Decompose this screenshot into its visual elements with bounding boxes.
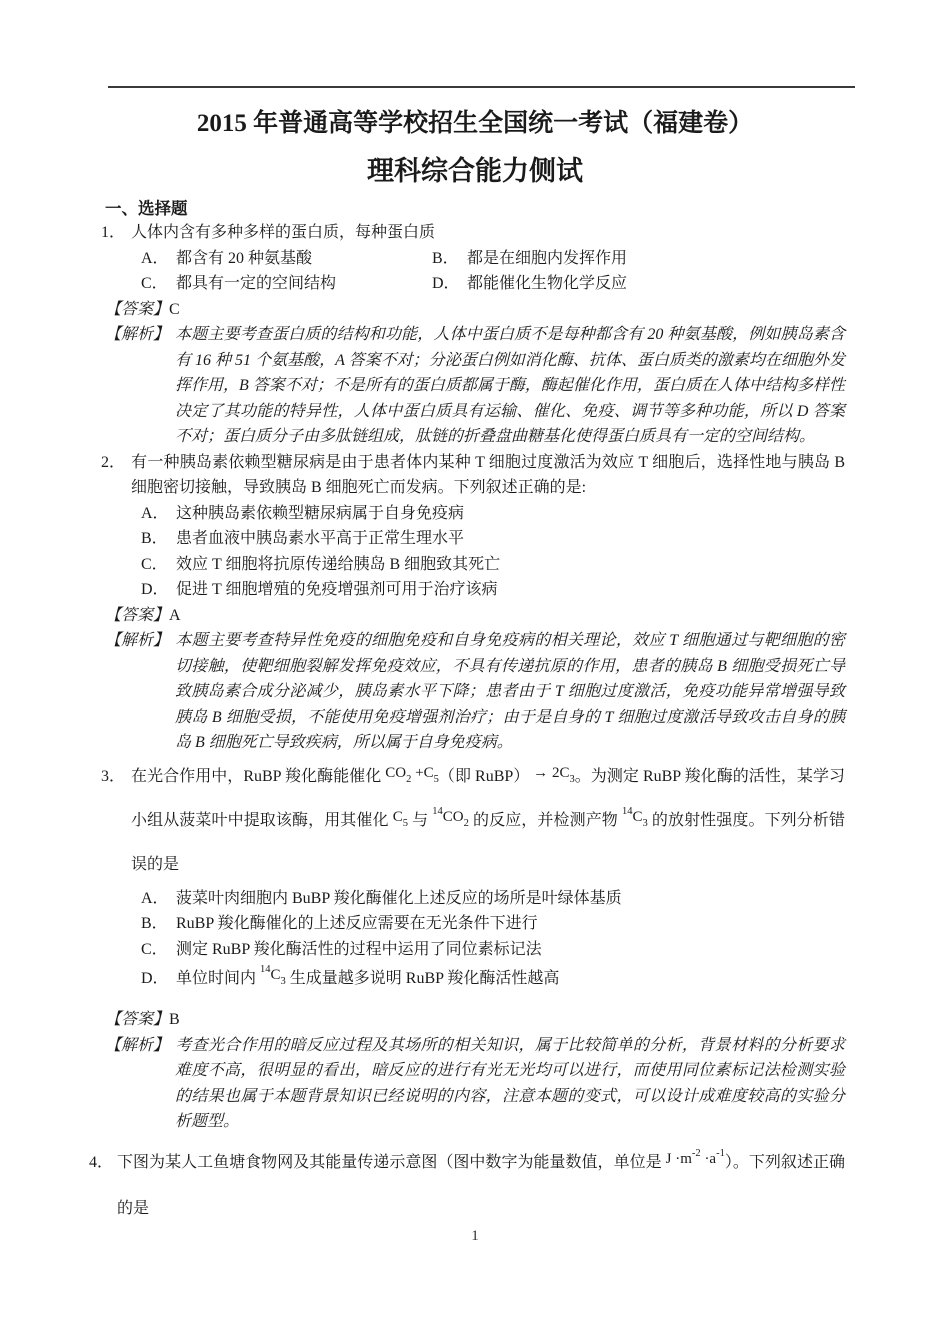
section-heading: 一、选择题 (105, 198, 845, 220)
option-text: 测定 RuBP 羧化酶活性的过程中运用了同位素标记法 (176, 941, 542, 958)
text-segment: 与 (408, 812, 432, 829)
question-3-option-b: B．RuBP 羧化酶催化的上述反应需要在无光条件下进行 (105, 911, 845, 937)
formula-segment: -1 (716, 1148, 725, 1159)
answer-value: A (169, 607, 181, 624)
question-2-option-c: C．效应 T 细胞将抗原传递给胰岛 B 细胞致其死亡 (105, 552, 845, 578)
question-1-option-d: D．都能催化生物化学反应 (396, 271, 845, 297)
exam-subtitle: 理科综合能力侧试 (0, 154, 950, 188)
text-segment: 生成量越多说明 RuBP 羧化酶活性越高 (286, 970, 560, 987)
option-text: 效应 T 细胞将抗原传递给胰岛 B 细胞致其死亡 (176, 556, 500, 573)
formula-segment: C (271, 967, 281, 983)
analysis-label: 【解析】 (105, 628, 175, 654)
question-1-stem-text: 人体内含有多种多样的蛋白质，每种蛋白质 (131, 224, 435, 241)
analysis-text: 本题主要考查蛋白质的结构和功能，人体中蛋白质不是每种都含有 20 种氨基酸，例如… (175, 326, 845, 445)
answer-label: 【答案】 (105, 1011, 169, 1028)
question-3-analysis: 【解析】考查光合作用的暗反应过程及其场所的相关知识，属于比较简单的分析，背景材料… (105, 1033, 845, 1135)
header-rule (108, 86, 855, 88)
question-2-option-b: B．患者血液中胰岛素水平高于正常生理水平 (105, 526, 845, 552)
analysis-label: 【解析】 (105, 322, 175, 348)
option-label: D． (432, 271, 467, 297)
document-page: 2015 年普通高等学校招生全国统一考试（福建卷） 理科综合能力侧试 一、选择题… (0, 0, 950, 1344)
option-label: C． (141, 552, 176, 578)
question-1-answer: 【答案】C (105, 297, 845, 323)
text-segment: 单位时间内 (176, 970, 260, 987)
option-text: 单位时间内 14C3 生成量越多说明 RuBP 羧化酶活性越高 (176, 970, 559, 987)
formula-segment: C (633, 809, 643, 825)
formula-segment: CO (443, 809, 464, 825)
option-label: B． (141, 911, 176, 937)
question-3-answer: 【答案】B (105, 1007, 845, 1033)
formula-segment: 2 (464, 818, 469, 829)
option-text: 患者血液中胰岛素水平高于正常生理水平 (176, 530, 464, 547)
question-2-option-a: A．这种胰岛素依赖型糖尿病属于自身免疫病 (105, 501, 845, 527)
formula-segment: -2 (692, 1148, 701, 1159)
answer-label: 【答案】 (105, 301, 169, 318)
formula-segment: C (393, 809, 403, 825)
question-3-option-c: C．测定 RuBP 羧化酶活性的过程中运用了同位素标记法 (105, 937, 845, 963)
option-label: B． (141, 526, 176, 552)
question-1-number: 1． (101, 220, 131, 246)
question-1-option-b: B．都是在细胞内发挥作用 (396, 246, 845, 272)
question-4-number: 4． (89, 1141, 117, 1185)
formula-segment: J ·m (666, 1151, 692, 1167)
formula-segment: 3 (281, 976, 286, 987)
question-1-option-a: A．都含有 20 种氨基酸 (105, 246, 396, 272)
exam-title: 2015 年普通高等学校招生全国统一考试（福建卷） (0, 108, 950, 140)
question-3-number: 3． (101, 756, 131, 798)
question-4: 4．下图为某人工鱼塘食物网及其能量传递示意图（图中数字为能量数值，单位是 J ·… (105, 1141, 845, 1231)
formula-segment: 14 (432, 806, 443, 817)
formula-segment: 3 (569, 774, 574, 785)
option-text: RuBP 羧化酶催化的上述反应需要在无光条件下进行 (176, 915, 538, 932)
question-3: 3．在光合作用中，RuBP 羧化酶能催化 CO2 +C5（即 RuBP） → 2… (105, 756, 845, 1135)
option-label: A． (141, 501, 176, 527)
question-3-options: A．菠菜叶肉细胞内 BuBP 羧化酶催化上述反应的场所是叶绿体基质 B．RuBP… (105, 886, 845, 998)
question-2-stem: 2．有一种胰岛素依赖型糖尿病是由于患者体内某种 T 细胞过度激活为效应 T 细胞… (101, 450, 845, 501)
question-2-options: A．这种胰岛素依赖型糖尿病属于自身免疫病 B．患者血液中胰岛素水平高于正常生理水… (105, 501, 845, 603)
question-4-stem-text: 下图为某人工鱼塘食物网及其能量传递示意图（图中数字为能量数值，单位是 J ·m-… (117, 1154, 845, 1217)
option-label: A． (141, 246, 176, 272)
question-1: 1．人体内含有多种多样的蛋白质，每种蛋白质 A．都含有 20 种氨基酸 B．都是… (105, 220, 845, 450)
option-text: 都具有一定的空间结构 (176, 275, 336, 292)
formula-segment: 14 (260, 964, 271, 975)
option-label: C． (141, 937, 176, 963)
analysis-text: 本题主要考查特异性免疫的细胞免疫和自身免疫病的相关理论，效应 T 细胞通过与靶细… (175, 632, 845, 751)
page-number: 1 (0, 1228, 950, 1245)
formula-segment: 5 (434, 774, 439, 785)
option-label: B． (432, 246, 467, 272)
formula-segment: +C (411, 765, 433, 781)
question-1-options: A．都含有 20 种氨基酸 B．都是在细胞内发挥作用 C．都具有一定的空间结构 … (105, 246, 845, 297)
question-4-stem: 4．下图为某人工鱼塘食物网及其能量传递示意图（图中数字为能量数值，单位是 J ·… (89, 1141, 845, 1231)
question-1-analysis: 【解析】本题主要考查蛋白质的结构和功能，人体中蛋白质不是每种都含有 20 种氨基… (105, 322, 845, 450)
option-text: 这种胰岛素依赖型糖尿病属于自身免疫病 (176, 505, 464, 522)
option-text: 菠菜叶肉细胞内 BuBP 羧化酶催化上述反应的场所是叶绿体基质 (176, 890, 622, 907)
question-3-option-a: A．菠菜叶肉细胞内 BuBP 羧化酶催化上述反应的场所是叶绿体基质 (105, 886, 845, 912)
question-1-stem: 1．人体内含有多种多样的蛋白质，每种蛋白质 (101, 220, 845, 246)
text-segment: 在光合作用中，RuBP 羧化酶能催化 (131, 768, 385, 785)
question-2-answer: 【答案】A (105, 603, 845, 629)
question-3-stem: 3．在光合作用中，RuBP 羧化酶能催化 CO2 +C5（即 RuBP） → 2… (101, 756, 845, 886)
option-text: 都能催化生物化学反应 (467, 275, 627, 292)
formula-segment: → 2C (529, 765, 569, 781)
question-3-stem-text: 在光合作用中，RuBP 羧化酶能催化 CO2 +C5（即 RuBP） → 2C3… (131, 768, 845, 873)
document-body: 一、选择题 1．人体内含有多种多样的蛋白质，每种蛋白质 A．都含有 20 种氨基… (0, 198, 950, 1231)
option-label: D． (141, 962, 176, 995)
answer-label: 【答案】 (105, 607, 169, 624)
answer-value: B (169, 1011, 180, 1028)
question-2-option-d: D．促进 T 细胞增殖的免疫增强剂可用于治疗该病 (105, 577, 845, 603)
option-text: 都含有 20 种氨基酸 (176, 250, 312, 267)
option-label: D． (141, 577, 176, 603)
text-segment: （即 RuBP） (439, 768, 529, 785)
formula-segment: ·a (701, 1151, 716, 1167)
formula-segment: CO (385, 765, 406, 781)
question-2-stem-text: 有一种胰岛素依赖型糖尿病是由于患者体内某种 T 细胞过度激活为效应 T 细胞后，… (131, 454, 845, 497)
question-3-option-d: D．单位时间内 14C3 生成量越多说明 RuBP 羧化酶活性越高 (105, 962, 845, 997)
option-text: 促进 T 细胞增殖的免疫增强剂可用于治疗该病 (176, 581, 498, 598)
formula-segment: 14 (622, 806, 633, 817)
option-text: 都是在细胞内发挥作用 (467, 250, 627, 267)
question-1-option-c: C．都具有一定的空间结构 (105, 271, 396, 297)
question-2-number: 2． (101, 450, 131, 476)
answer-value: C (169, 301, 180, 318)
formula-segment: 5 (403, 818, 408, 829)
text-segment: 下图为某人工鱼塘食物网及其能量传递示意图（图中数字为能量数值，单位是 (117, 1154, 666, 1171)
question-2: 2．有一种胰岛素依赖型糖尿病是由于患者体内某种 T 细胞过度激活为效应 T 细胞… (105, 450, 845, 756)
text-segment: 的反应，并检测产物 (469, 812, 622, 829)
option-label: A． (141, 886, 176, 912)
option-label: C． (141, 271, 176, 297)
analysis-label: 【解析】 (105, 1033, 175, 1059)
formula-segment: 3 (643, 818, 648, 829)
question-2-analysis: 【解析】本题主要考查特异性免疫的细胞免疫和自身免疫病的相关理论，效应 T 细胞通… (105, 628, 845, 756)
analysis-text: 考查光合作用的暗反应过程及其场所的相关知识，属于比较简单的分析，背景材料的分析要… (175, 1037, 845, 1131)
